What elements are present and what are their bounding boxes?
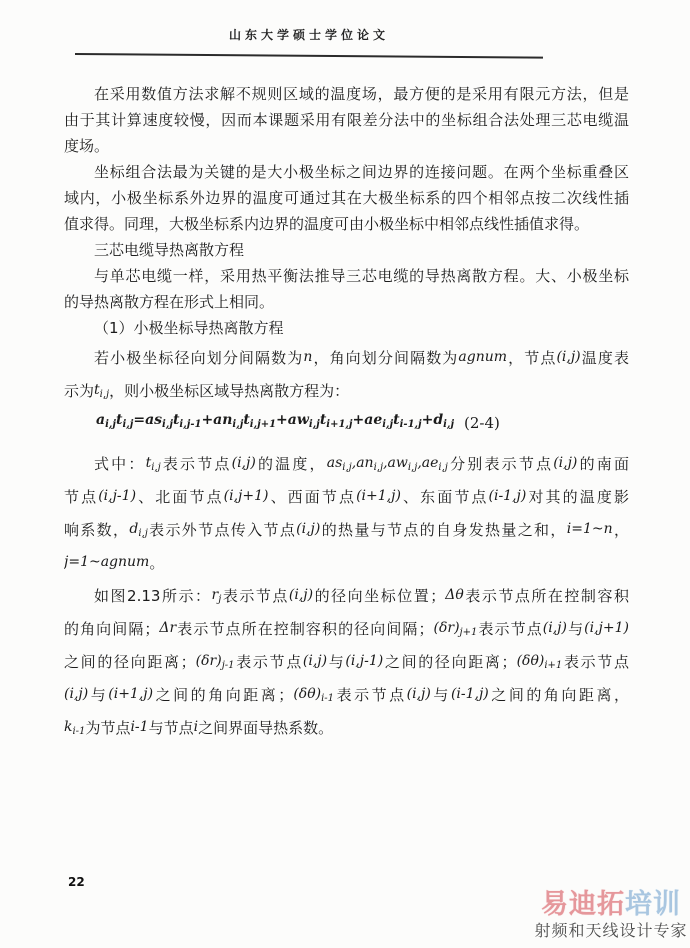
text-line: 节点(i,j-1)、北面节点(i,j+1)、西面节点(i+1,j)、东面节点(i… — [64, 480, 629, 513]
text-line: 如图2.13所示：rj表示节点(i,j)的径向坐标位置；Δθ表示节点所在控制容积 — [64, 579, 629, 612]
paragraph-heat-balance: 与单芯电缆一样，采用热平衡法推导三芯电缆的导热离散方程。大、小极坐标 的导热离散… — [64, 263, 629, 315]
text-line: 坐标组合法最为关键的是大小极坐标之间边界的连接问题。在两个坐标重叠区 — [64, 159, 629, 185]
heading-line: 三芯电缆导热离散方程 — [64, 237, 629, 263]
paragraph-intro: 在采用数值方法求解不规则区域的温度场，最方便的是采用有限元方法，但是 由于其计算… — [64, 81, 629, 159]
equation: ai,jti,j=asi,jti,j-1+ani,jti,j+1+awi,jti… — [96, 412, 454, 428]
equation-number: (2-4) — [464, 414, 500, 432]
paragraph-figure-2-13: 如图2.13所示：rj表示节点(i,j)的径向坐标位置；Δθ表示节点所在控制容积… — [64, 579, 629, 744]
text-line: 示为ti,j，则小极坐标区域导热离散方程为： — [64, 374, 629, 407]
text-line: 响系数，di,j表示外节点传入节点(i,j)的热量与节点的自身发热量之和，i=1… — [64, 513, 629, 546]
page-number: 22 — [68, 875, 85, 889]
thesis-page: 山东大学硕士学位论文 在采用数值方法求解不规则区域的温度场，最方便的是采用有限元… — [0, 0, 690, 948]
watermark-brand-primary: 易迪拓 — [541, 889, 625, 920]
header-rule — [75, 53, 543, 59]
text-line: ki-1为节点i-1与节点i之间界面导热系数。 — [64, 711, 629, 744]
watermark-tagline: 射频和天线设计专家 — [531, 922, 690, 940]
paragraph-coefficients: 式中：ti,j表示节点(i,j)的温度，asi,j,ani,j,awi,j,ae… — [64, 447, 629, 579]
section-heading-discrete-equation: 三芯电缆导热离散方程 — [64, 237, 629, 263]
paragraph-node-definition: 若小极坐标径向划分间隔数为n，角向划分间隔数为agnum，节点(i,j)温度表 … — [64, 341, 629, 407]
text-line: 由于其计算速度较慢，因而本课题采用有限差分法中的坐标组合法处理三芯电缆温 — [64, 107, 629, 133]
text-line: (i,j)与(i+1,j)之间的角向距离；(δθ)i-1表示节点(i,j)与(i… — [64, 678, 629, 711]
text-line: 域内，小极坐标系外边界的温度可通过其在大极坐标系的四个相邻点按二次线性插 — [64, 185, 629, 211]
text-line: 的导热离散方程在形式上相同。 — [64, 289, 629, 315]
text-line: 的角向间隔；Δr表示节点所在控制容积的径向间隔；(δr)j+1表示节点(i,j)… — [64, 612, 629, 645]
text-line: 式中：ti,j表示节点(i,j)的温度，asi,j,ani,j,awi,j,ae… — [64, 447, 629, 480]
page-body: 在采用数值方法求解不规则区域的温度场，最方便的是采用有限元方法，但是 由于其计算… — [64, 81, 629, 744]
watermark-brand-secondary: 培训 — [625, 889, 681, 920]
page-header-title: 山东大学硕士学位论文 — [75, 26, 543, 43]
text-line: 与单芯电缆一样，采用热平衡法推导三芯电缆的导热离散方程。大、小极坐标 — [64, 263, 629, 289]
text-line: 值求得。同理，大极坐标系内边界的温度可由小极坐标中相邻点线性插值求得。 — [64, 211, 629, 237]
watermark: 易迪拓培训 射频和天线设计专家 — [531, 889, 690, 940]
subsection-heading-small-polar: （1）小极坐标导热离散方程 — [64, 315, 629, 341]
text-line: 若小极坐标径向划分间隔数为n，角向划分间隔数为agnum，节点(i,j)温度表 — [64, 341, 629, 374]
text-line: 度场。 — [64, 133, 629, 159]
text-line: j=1~agnum。 — [64, 546, 629, 579]
text-line: 在采用数值方法求解不规则区域的温度场，最方便的是采用有限元方法，但是 — [64, 81, 629, 107]
heading-line: （1）小极坐标导热离散方程 — [64, 315, 629, 341]
watermark-logo: 易迪拓培训 — [531, 889, 690, 921]
equation-2-4-row: ai,jti,j=asi,jti,j-1+ani,jti,j+1+awi,jti… — [64, 407, 629, 447]
text-line: 之间的径向距离；(δr)j-1表示节点(i,j)与(i,j-1)之间的径向距离；… — [64, 645, 629, 678]
paragraph-coordinate-method: 坐标组合法最为关键的是大小极坐标之间边界的连接问题。在两个坐标重叠区 域内，小极… — [64, 159, 629, 237]
